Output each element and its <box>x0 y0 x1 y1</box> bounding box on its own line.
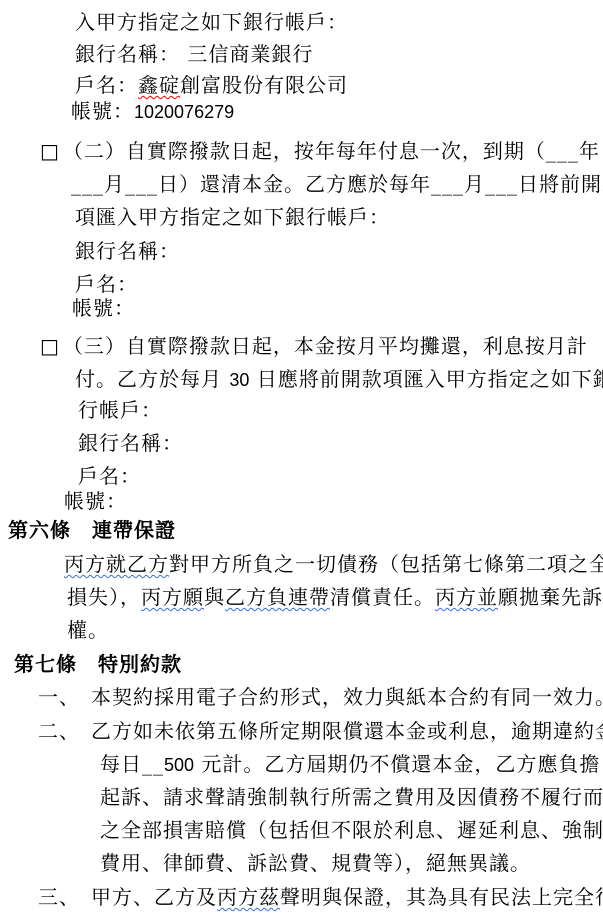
checkbox-icon[interactable]: □ <box>40 334 60 358</box>
text-segment: 三、 <box>38 885 91 909</box>
section-heading: 第六條 連帶保證 <box>8 517 176 543</box>
text-segment: 帳號： <box>64 489 127 513</box>
text-line: 戶名： <box>75 271 138 297</box>
text-line: 帳號：1020076279 <box>71 98 234 125</box>
text-segment: （三）自實際撥款日起，本金按月平均攤還，利息按月計 <box>63 334 588 358</box>
text-line: 帳號： <box>64 488 127 514</box>
proofing-flagged-text: 丙方願 <box>141 585 204 609</box>
document-page[interactable]: 入甲方指定之如下銀行帳戶：銀行名稱： 三信商業銀行戶名：鑫碇創富股份有限公司帳號… <box>0 0 603 919</box>
text-segment: 與 <box>204 585 225 609</box>
text-line: 銀行名稱： 三信商業銀行 <box>75 41 313 67</box>
section-heading: 第七條 特別約款 <box>14 651 182 677</box>
text-segment: 權。 <box>67 618 109 642</box>
proofing-flagged-text: 丙方茲 <box>217 885 280 909</box>
text-segment: 損失）， <box>67 585 141 609</box>
text-segment: 戶名： <box>75 73 138 97</box>
text-segment: 帳號： <box>72 296 135 320</box>
text-line: 起訴、請求聲請強制執行所需之費用及因債務不履行而發生 <box>100 784 603 810</box>
text-segment: 行帳戶： <box>78 398 162 422</box>
text-segment: 甲方、乙方及 <box>91 885 217 909</box>
text-line: 銀行名稱： <box>78 430 183 456</box>
text-segment: 對甲方所負之一切債務（包括第七條第二項之全部 <box>169 552 603 576</box>
text-line: 二、 乙方如未依第五條所定期限償還本金或利息，逾期違約金以 <box>38 718 603 744</box>
text-line: □（三）自實際撥款日起，本金按月平均攤還，利息按月計 <box>40 333 588 359</box>
proofing-flagged-text: 鑫碇 <box>138 73 180 97</box>
text-line: 銀行名稱： <box>75 238 180 264</box>
text-line: 付。乙方於每月 30 日應將前開款項匯入甲方指定之如下銀 <box>75 366 603 393</box>
text-line: 入甲方指定之如下銀行帳戶： <box>75 9 348 35</box>
text-segment: 銀行名稱： <box>75 239 180 263</box>
text-segment: 第七條 特別約款 <box>14 652 182 676</box>
text-line: 戶名：鑫碇創富股份有限公司 <box>75 72 348 98</box>
proofing-flagged-text: 丙方並 <box>435 585 498 609</box>
text-line: 行帳戶： <box>78 397 162 423</box>
text-line: ___月___日）還清本金。乙方應於每年___月___日將前開款 <box>71 171 603 197</box>
text-segment: 銀行名稱： <box>78 431 183 455</box>
text-segment: 500 <box>164 755 194 775</box>
text-segment: （二）自實際撥款日起，按年每年付息一次，到期（___年 <box>63 139 600 163</box>
text-segment: 日應將前開款項匯入甲方指定之如下銀 <box>249 367 603 391</box>
text-segment: 1020076279 <box>134 102 234 122</box>
text-segment: 一、 <box>38 685 91 709</box>
text-segment: 戶名： <box>78 464 141 488</box>
text-line: 費用、律師費、訴訟費、規費等），絕無異議。 <box>100 850 531 876</box>
checkbox-icon[interactable]: □ <box>40 139 60 163</box>
text-line: 三、 甲方、乙方及丙方茲聲明與保證，其為具有民法上完全行為 <box>38 884 603 910</box>
text-segment: 起訴、請求聲請強制執行所需之費用及因債務不履行而發生 <box>100 785 603 809</box>
text-segment: 30 <box>229 370 249 390</box>
text-line: 丙方就乙方對甲方所負之一切債務（包括第七條第二項之全部 <box>64 551 603 577</box>
text-line: 每日__500 元計。乙方屆期仍不償還本金，乙方應負擔甲方 <box>100 751 603 778</box>
text-segment: 第六條 連帶保證 <box>8 518 176 542</box>
text-line: 戶名： <box>78 463 141 489</box>
text-segment: 每日__ <box>100 752 164 776</box>
text-segment: 銀行名稱： 三信商業銀行 <box>75 42 313 66</box>
text-line: 之全部損害賠償（包括但不限於利息、遲延利息、強制執行 <box>100 817 603 843</box>
text-segment: 之全部損害賠償（包括但不限於利息、遲延利息、強制執行 <box>100 818 603 842</box>
text-segment: 創富股份有限公司 <box>180 73 348 97</box>
text-line: □（二）自實際撥款日起，按年每年付息一次，到期（___年 <box>40 138 600 164</box>
proofing-flagged-text: 丙方就乙方 <box>64 552 169 576</box>
text-line: 一、 本契約採用電子合約形式，效力與紙本合約有同一效力。 <box>38 684 603 710</box>
text-segment: 乙方如未依第五條所定期限償還本金或利息，逾期違約金以 <box>91 719 603 743</box>
text-segment: 費用、律師費、訴訟費、規費等），絕無異議。 <box>100 851 531 875</box>
text-segment: 項匯入甲方指定之如下銀行帳戶： <box>75 205 390 229</box>
text-line: 帳號： <box>72 295 135 321</box>
text-segment: 聲明與保證，其為具有民法上完全行為 <box>280 885 603 909</box>
text-segment: 本契約採用電子合約形式，效力與紙本合約有同一效力。 <box>91 685 603 709</box>
text-segment: 入甲方指定之如下銀行帳戶： <box>75 10 348 34</box>
text-segment: 清償責任。 <box>330 585 435 609</box>
proofing-flagged-text: 乙方負連帶 <box>225 585 330 609</box>
text-segment: 帳號： <box>71 99 134 123</box>
text-line: 權。 <box>67 617 109 643</box>
text-line: 損失），丙方願與乙方負連帶清償責任。丙方並願拋棄先訴抗辯 <box>67 584 603 610</box>
text-segment: ___月___日）還清本金。乙方應於每年___月___日將前開款 <box>71 172 603 196</box>
text-line: 項匯入甲方指定之如下銀行帳戶： <box>75 204 390 230</box>
text-segment: 戶名： <box>75 272 138 296</box>
text-segment: 二、 <box>38 719 91 743</box>
text-segment: 元計。乙方屆期仍不償還本金，乙方應負擔甲方 <box>194 752 603 776</box>
text-segment: 願拋棄先訴抗辯 <box>498 585 603 609</box>
text-segment: 付。乙方於每月 <box>75 367 229 391</box>
